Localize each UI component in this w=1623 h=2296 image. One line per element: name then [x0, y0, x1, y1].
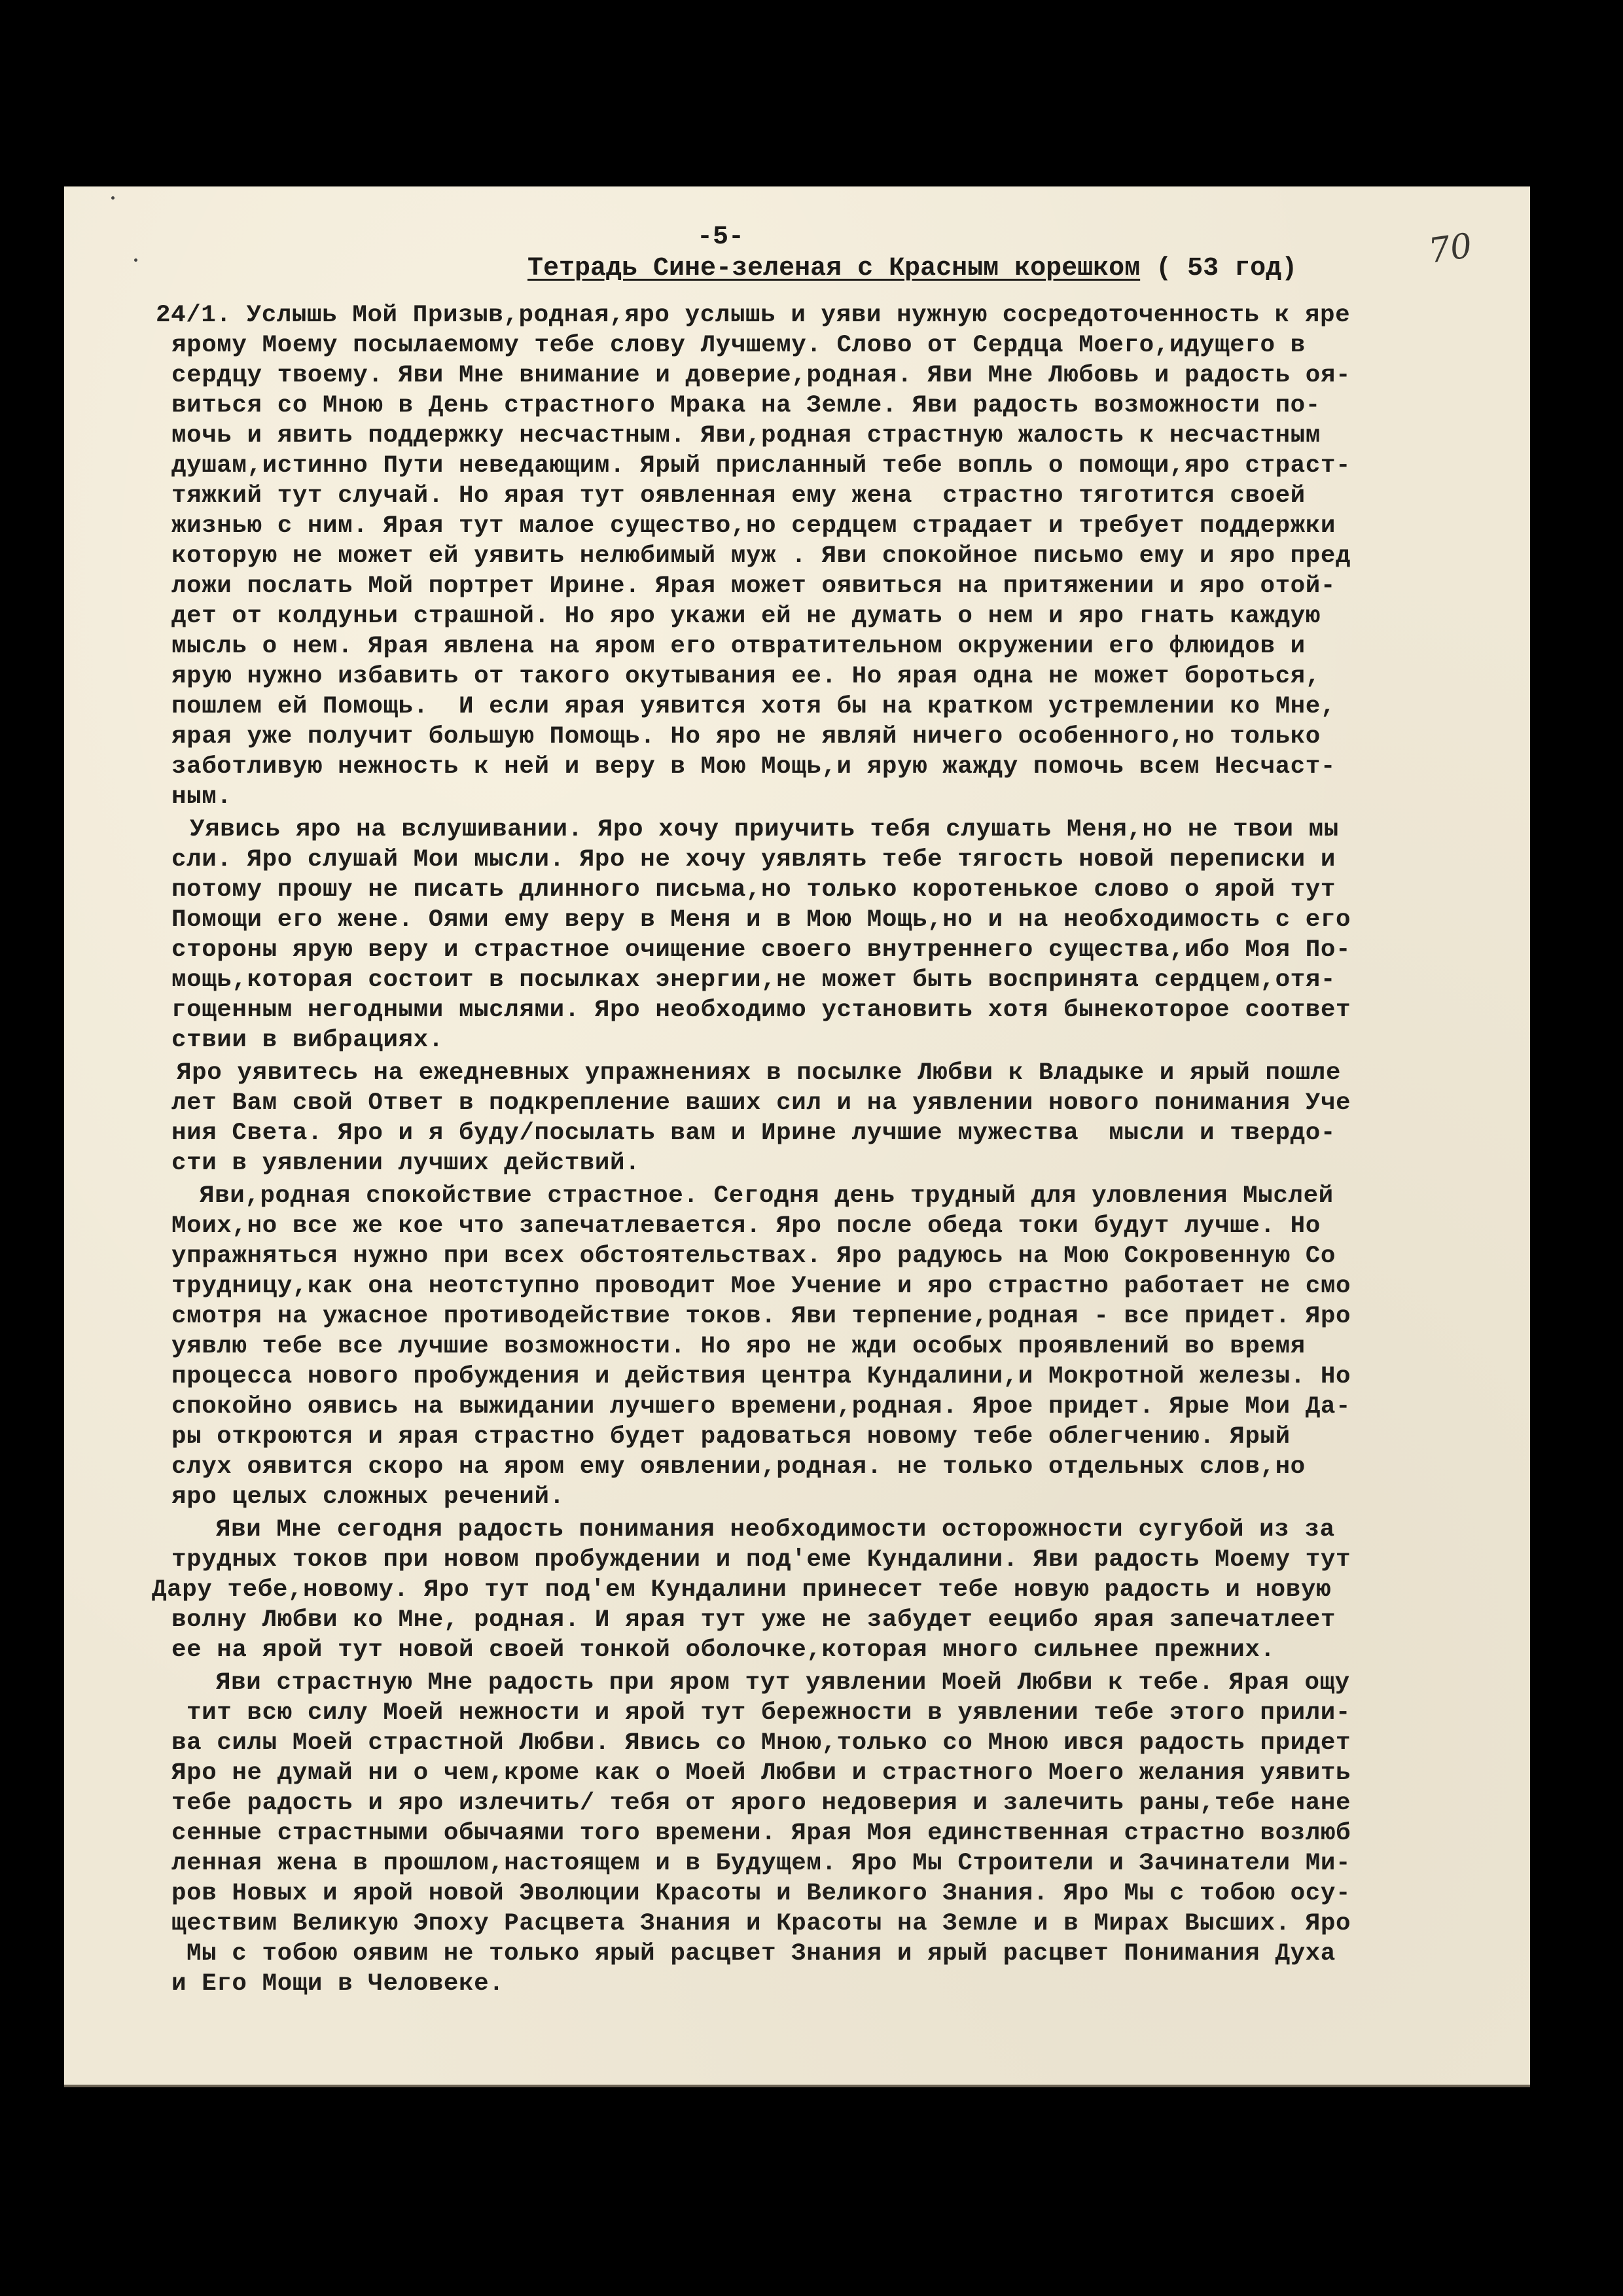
text-line: и Его Мощи в Человеке. — [171, 1969, 504, 1998]
text-line: ры откроются и ярая страстно будет радов… — [171, 1422, 1291, 1451]
text-line: ярому Моему посылаемому тебе слову Лучше… — [171, 331, 1306, 360]
text-line: тебе радость и яро излечить/ тебя от яро… — [171, 1789, 1351, 1818]
text-line: ленная жена в прошлом,настоящем и в Буду… — [171, 1849, 1351, 1878]
text-line: мощь,которая состоит в посылках энергии,… — [171, 966, 1336, 995]
text-line: стороны ярую веру и страстное очищение с… — [171, 936, 1351, 964]
text-line: жизнью с ним. Ярая тут малое существо,но… — [171, 512, 1336, 540]
text-line: тит всю силу Моей нежности и ярой тут бе… — [187, 1699, 1351, 1727]
text-line: Уявись яро на вслушивании. Яро хочу приу… — [190, 815, 1339, 844]
text-line: слух оявится скоро на яром ему оявлении,… — [171, 1453, 1306, 1481]
text-line: сли. Яро слушай Мои мысли. Яро не хочу у… — [171, 845, 1336, 874]
text-line: потому прошу не писать длинного письма,н… — [171, 875, 1336, 904]
text-line: трудницу,как она неотступно проводит Мое… — [171, 1272, 1351, 1301]
paper-speck — [111, 196, 115, 200]
text-line: ярая уже получит большую Помощь. Но яро … — [171, 722, 1321, 751]
text-line: ее на ярой тут новой своей тонкой оболоч… — [171, 1636, 1275, 1665]
text-line: уявлю тебе все лучшие возможности. Но яр… — [171, 1332, 1306, 1361]
text-line: пошлем ей Помощь. И если ярая уявится хо… — [171, 692, 1336, 721]
text-line: спокойно оявись на выжидании лучшего вре… — [171, 1392, 1351, 1421]
text-line: Дару тебе,новому. Яро тут под'ем Кундали… — [152, 1576, 1331, 1604]
text-line: мысль о нем. Ярая явлена на яром его отв… — [171, 632, 1306, 661]
text-line: которую не может ей уявить нелюбимый муж… — [171, 542, 1351, 571]
text-line: виться со Мною в День страстного Мрака н… — [171, 391, 1321, 420]
text-line: 24/1. Услышь Мой Призыв,родная,яро услыш… — [156, 301, 1350, 330]
text-line: Помощи его жене. Оями ему веру в Меня и … — [171, 906, 1351, 934]
document-title: Тетрадь Сине-зеленая с Красным корешком … — [527, 254, 1297, 283]
text-line: заботливую нежность к ней и веру в Мою М… — [171, 752, 1336, 781]
text-line: Яро уявитесь на ежедневных упражнениях в… — [177, 1059, 1341, 1087]
text-line: ствии в вибрациях. — [171, 1026, 444, 1055]
text-line: ва силы Моей страстной Любви. Явись со М… — [171, 1729, 1351, 1757]
text-line: ложи послать Мой портрет Ирине. Ярая мож… — [171, 572, 1336, 601]
page-number: -5- — [697, 222, 744, 252]
text-line: Яви Мне сегодня радость понимания необхо… — [216, 1515, 1335, 1544]
text-line: сердцу твоему. Яви Мне внимание и довери… — [171, 361, 1351, 390]
text-line: трудных токов при новом пробуждении и по… — [171, 1545, 1351, 1574]
text-line: лет Вам свой Ответ в подкрепление ваших … — [171, 1089, 1351, 1118]
text-line: душам,истинно Пути неведающим. Ярый прис… — [171, 451, 1351, 480]
text-line: ров Новых и ярой новой Эволюции Красоты … — [171, 1879, 1351, 1908]
text-line: процесса нового пробуждения и действия ц… — [171, 1362, 1351, 1391]
text-line: Мы с тобою оявим не только ярый расцвет … — [187, 1939, 1336, 1968]
text-line: упражняться нужно при всех обстоятельств… — [171, 1242, 1336, 1271]
text-line: смотря на ужасное противодействие токов.… — [171, 1302, 1351, 1331]
text-line: ным. — [171, 783, 232, 811]
text-line: Моих,но все же кое что запечатлевается. … — [171, 1212, 1321, 1241]
text-line: ществим Великую Эпоху Расцвета Знания и … — [171, 1909, 1351, 1938]
text-line: ярую нужно избавить от такого окутывания… — [171, 662, 1321, 691]
text-line: яро целых сложных речений. — [171, 1483, 565, 1511]
text-line: Яро не думай ни о чем,кроме как о Моей Л… — [171, 1759, 1351, 1788]
text-line: волну Любви ко Мне, родная. И ярая тут у… — [171, 1606, 1336, 1634]
text-line: Яви,родная спокойствие страстное. Сегодн… — [200, 1182, 1334, 1210]
text-line: сти в уявлении лучших действий. — [171, 1149, 640, 1178]
paper-speck — [134, 258, 137, 262]
title-underlined: Тетрадь Сине-зеленая с Красным корешком — [527, 254, 1140, 283]
title-suffix: ( 53 год) — [1140, 254, 1297, 283]
text-line: Яви страстную Мне радость при яром тут у… — [216, 1669, 1350, 1697]
text-line: тяжкий тут случай. Но ярая тут оявленная… — [171, 482, 1306, 510]
text-line: ния Света. Яро и я буду/посылать вам и И… — [171, 1119, 1336, 1148]
text-line: гощенным негодными мыслями. Яро необходи… — [171, 996, 1351, 1025]
handwritten-archive-number: 70 — [1426, 226, 1474, 272]
text-line: сенные страстными обычаями того времени.… — [171, 1819, 1351, 1848]
text-line: дет от колдуньи страшной. Но яро укажи е… — [171, 602, 1321, 631]
text-line: мочь и явить поддержку несчастным. Яви,р… — [171, 421, 1321, 450]
